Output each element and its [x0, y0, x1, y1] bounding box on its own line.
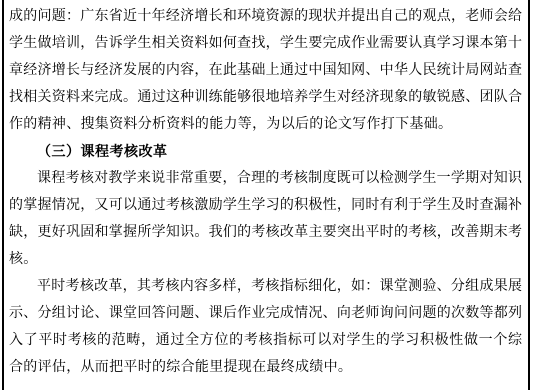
section-heading: （三）课程考核改革	[9, 138, 522, 165]
text-line: 课程考核对教学来说非常重要，合理的考核制度既可以检测学生一学期对知识	[9, 165, 522, 192]
text-line: 入了平时考核的范畴，通过全方位的考核指标可以对学生的学习积极性做一个综	[9, 327, 522, 354]
text-line: 找相关资料来完成。通过这种训练能够很地培养学生对经济现象的敏锐感、团队合	[9, 84, 522, 111]
text-line: 章经济增长与经济发展的内容，在此基础上通过中国知网、中华人民统计局网站查	[9, 57, 522, 84]
text-line: 示、分组讨论、课堂回答问题、课后作业完成情况、向老师询问问题的次数等都列	[9, 300, 522, 327]
text-line: 核。	[9, 246, 522, 273]
text-line: 缺，更好巩固和掌握所学知识。我们的考核改革主要突出平时的考核，改善期末考	[9, 219, 522, 246]
text-line: 学生做培训，告诉学生相关资料如何查找，学生要完成作业需要认真学习课本第十	[9, 30, 522, 57]
text-line: 成的问题：广东省近十年经济增长和环境资源的现状并提出自己的观点，老师会给	[9, 3, 522, 30]
text-line: 的掌握情况，又可以通过考核激励学生学习的积极性，同时有利于学生及时查漏补	[9, 192, 522, 219]
text-line: 作的精神、搜集资料分析资料的能力等，为以后的论文写作打下基础。	[9, 111, 522, 138]
text-line: 平时考核改革，其考核内容多样，考核指标细化，如：课堂测验、分组成果展	[9, 273, 522, 300]
text-line: 合的评估，从而把平时的综合能里提现在最终成绩中。	[9, 354, 522, 381]
document-page: 成的问题：广东省近十年经济增长和环境资源的现状并提出自己的观点，老师会给 学生做…	[2, 0, 530, 390]
